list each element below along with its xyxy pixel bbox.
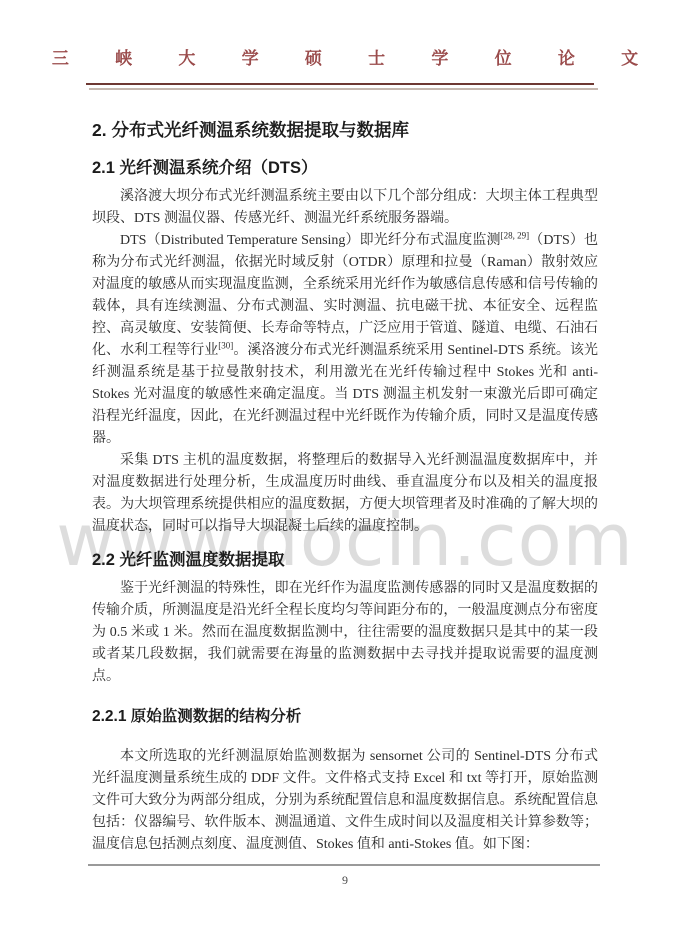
dts-principle-text-3: 。溪洛渡分布式光纤测温系统采用 Sentinel-DTS 系统。该光纤测温系统是… <box>92 343 598 446</box>
header-rule-light <box>89 88 598 90</box>
thesis-page: www.docin.com 三 峡 大 学 硕 士 学 位 论 文 2. 分布式… <box>0 0 690 948</box>
header-rule-dark <box>86 83 594 85</box>
citation-30: [30] <box>218 340 233 350</box>
chapter-heading: 2. 分布式光纤测温系统数据提取与数据库 <box>92 118 598 142</box>
paragraph-dts-principle: DTS（Distributed Temperature Sensing）即光纤分… <box>92 230 598 450</box>
paragraph-system-components: 溪洛渡大坝分布式光纤测温系统主要由以下几个部分组成：大坝主体工程典型坝段、DTS… <box>92 186 598 230</box>
dts-principle-text-2: （DTS）也称为分布式光纤测温，依据光时域反射（OTDR）原理和拉曼（Raman… <box>92 233 598 358</box>
section-2-2-1-heading: 2.2.1 原始监测数据的结构分析 <box>92 706 598 728</box>
page-body: 2. 分布式光纤测温系统数据提取与数据库 2.1 光纤测温系统介绍（DTS） 溪… <box>92 104 598 856</box>
page-number: 9 <box>0 873 690 888</box>
paragraph-data-collection: 采集 DTS 主机的温度数据，将整理后的数据导入光纤测温温度数据库中，并对温度数… <box>92 450 598 538</box>
paragraph-extraction-intro: 鉴于光纤测温的特殊性，即在光纤作为温度监测传感器的同时又是温度数据的传输介质，所… <box>92 578 598 688</box>
dts-principle-text-1: DTS（Distributed Temperature Sensing）即光纤分… <box>120 233 501 248</box>
section-2-2-heading: 2.2 光纤监测温度数据提取 <box>92 548 598 572</box>
paragraph-raw-data-structure: 本文所选取的光纤测温原始监测数据为 sensornet 公司的 Sentinel… <box>92 746 598 856</box>
footer-rule <box>88 864 600 866</box>
section-2-1-heading: 2.1 光纤测温系统介绍（DTS） <box>92 156 598 180</box>
running-header-title: 三 峡 大 学 硕 士 学 位 论 文 <box>0 44 690 69</box>
citation-28-29: [28, 29] <box>501 230 530 240</box>
